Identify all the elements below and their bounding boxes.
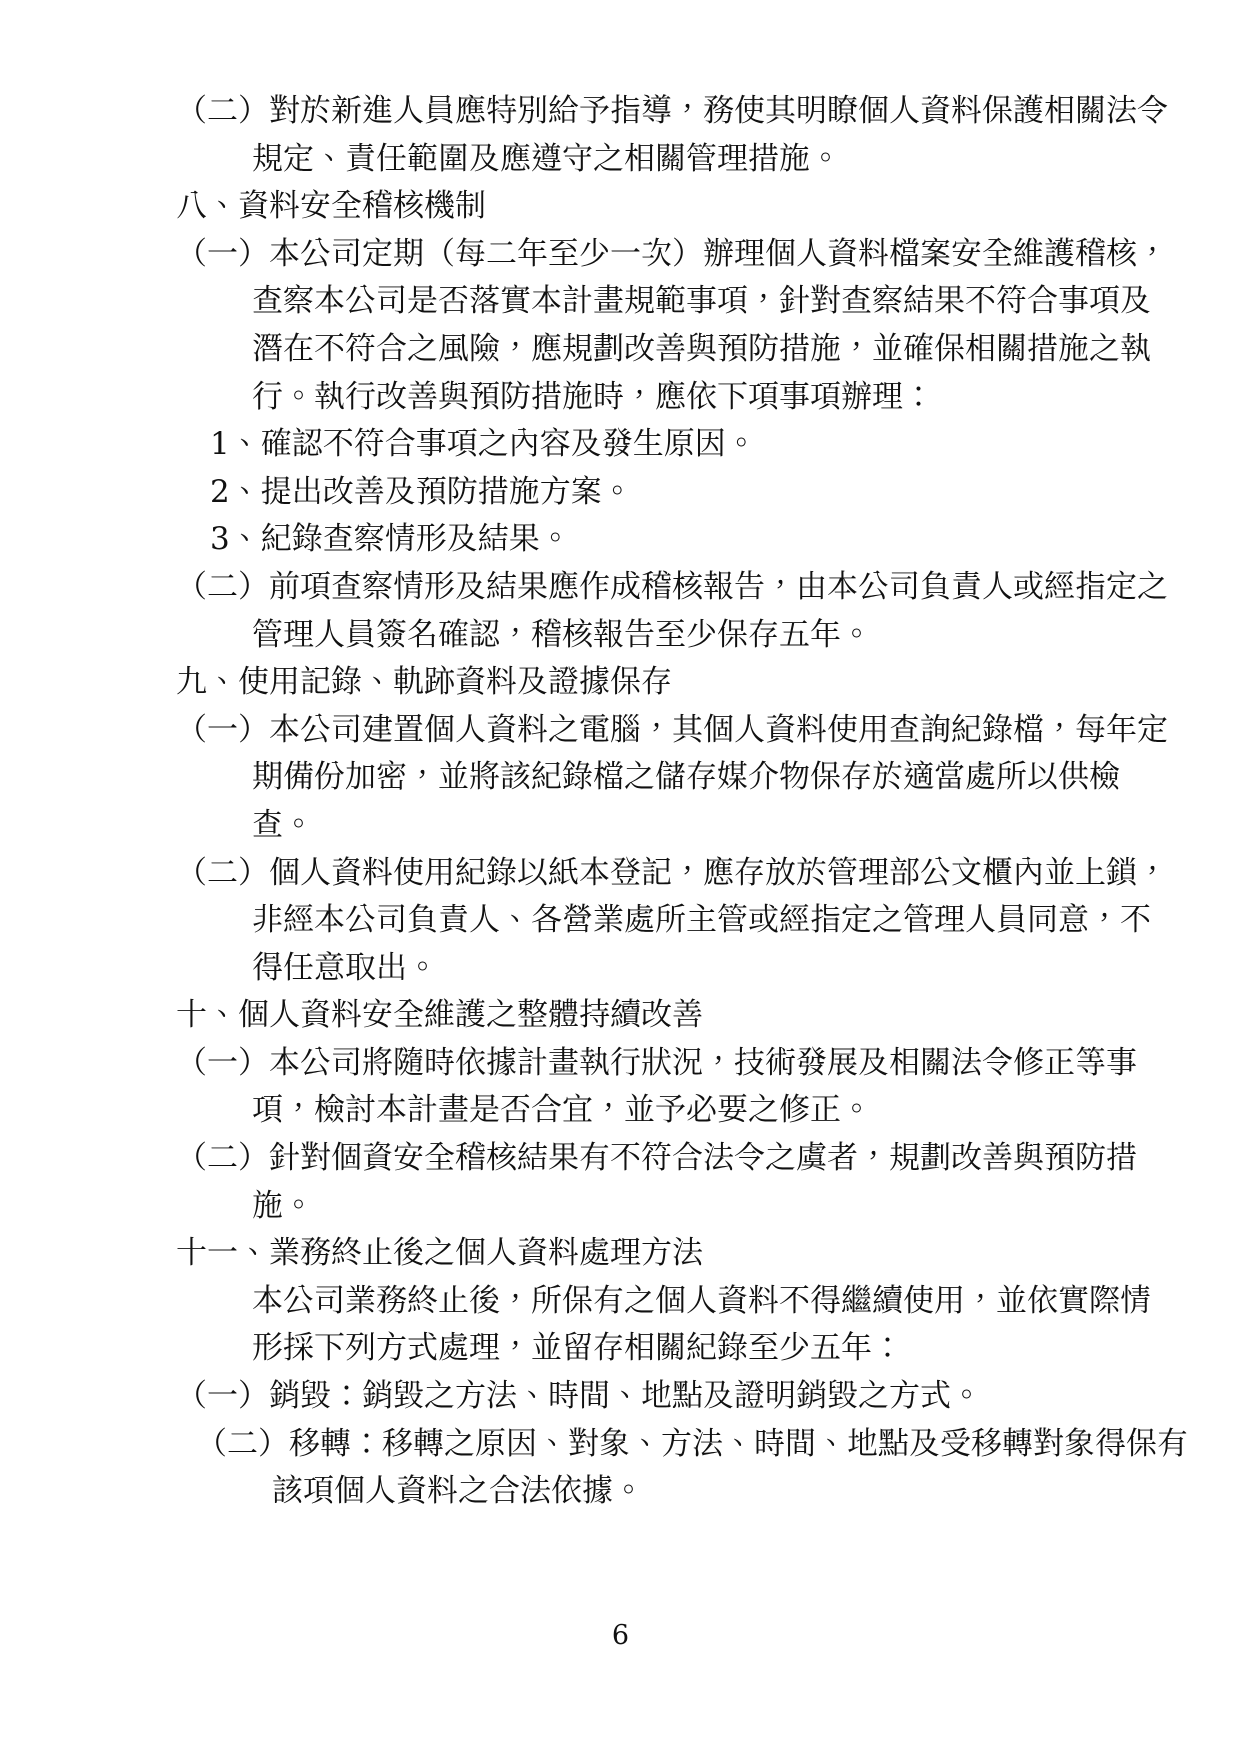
- list-item-line: （二）前項查察情形及結果應作成稽核報告，由本公司負責人或經指定之: [0, 564, 1241, 612]
- numbered-sub-item: 3、紀錄查察情形及結果。: [0, 516, 1241, 564]
- section-paragraph-line: 形採下列方式處理，並留存相關紀錄至少五年：: [0, 1325, 1241, 1373]
- page-number: 6: [0, 1620, 1241, 1652]
- list-item-line: （一）本公司將隨時依據計畫執行狀況，技術發展及相關法令修正等事: [0, 1040, 1241, 1088]
- section-paragraph-line: 本公司業務終止後，所保有之個人資料不得繼續使用，並依實際情: [0, 1278, 1241, 1326]
- list-item-continuation-line: 規定、責任範圍及應遵守之相關管理措施。: [0, 136, 1241, 184]
- section-heading-11: 十一、業務終止後之個人資料處理方法: [0, 1230, 1241, 1278]
- list-item-line: （二）針對個資安全稽核結果有不符合法令之虞者，規劃改善與預防措: [0, 1135, 1241, 1183]
- list-item-line: （一）銷毀：銷毀之方法、時間、地點及證明銷毀之方式。: [0, 1373, 1241, 1421]
- list-item-continuation-line: 期備份加密，並將該紀錄檔之儲存媒介物保存於適當處所以供檢: [0, 754, 1241, 802]
- list-item-continuation-line: 項，檢討本計畫是否合宜，並予必要之修正。: [0, 1087, 1241, 1135]
- list-item-continuation-line: 查。: [0, 802, 1241, 850]
- list-item-continuation-line: 查察本公司是否落實本計畫規範事項，針對查察結果不符合事項及: [0, 278, 1241, 326]
- list-item-line: （二）移轉：移轉之原因、對象、方法、時間、地點及受移轉對象得保有: [0, 1421, 1241, 1469]
- list-item-continuation-line: 非經本公司負責人、各營業處所主管或經指定之管理人員同意，不: [0, 897, 1241, 945]
- document-body: （二）對於新進人員應特別給予指導，務使其明瞭個人資料保護相關法令 規定、責任範圍…: [0, 0, 1241, 1516]
- section-heading-10: 十、個人資料安全維護之整體持續改善: [0, 992, 1241, 1040]
- list-item-line: （二）個人資料使用紀錄以紙本登記，應存放於管理部公文櫃內並上鎖，: [0, 850, 1241, 898]
- list-item-line: （一）本公司定期（每二年至少一次）辦理個人資料檔案安全維護稽核，: [0, 231, 1241, 279]
- document-page: （二）對於新進人員應特別給予指導，務使其明瞭個人資料保護相關法令 規定、責任範圍…: [0, 0, 1241, 1755]
- numbered-sub-item: 2、提出改善及預防措施方案。: [0, 469, 1241, 517]
- list-item-continuation-line: 該項個人資料之合法依據。: [0, 1468, 1241, 1516]
- list-item-continuation-line: 管理人員簽名確認，稽核報告至少保存五年。: [0, 612, 1241, 660]
- list-item-continuation-line: 施。: [0, 1183, 1241, 1231]
- section-heading-9: 九、使用記錄、軌跡資料及證據保存: [0, 659, 1241, 707]
- list-item-continuation-line: 潛在不符合之風險，應規劃改善與預防措施，並確保相關措施之執: [0, 326, 1241, 374]
- list-item-continuation-line: 得任意取出。: [0, 945, 1241, 993]
- list-item-continuation-line: 行。執行改善與預防措施時，應依下項事項辦理：: [0, 374, 1241, 422]
- numbered-sub-item: 1、確認不符合事項之內容及發生原因。: [0, 421, 1241, 469]
- section-heading-8: 八、資料安全稽核機制: [0, 183, 1241, 231]
- list-item-line: （一）本公司建置個人資料之電腦，其個人資料使用查詢紀錄檔，每年定: [0, 707, 1241, 755]
- list-item-line: （二）對於新進人員應特別給予指導，務使其明瞭個人資料保護相關法令: [0, 88, 1241, 136]
